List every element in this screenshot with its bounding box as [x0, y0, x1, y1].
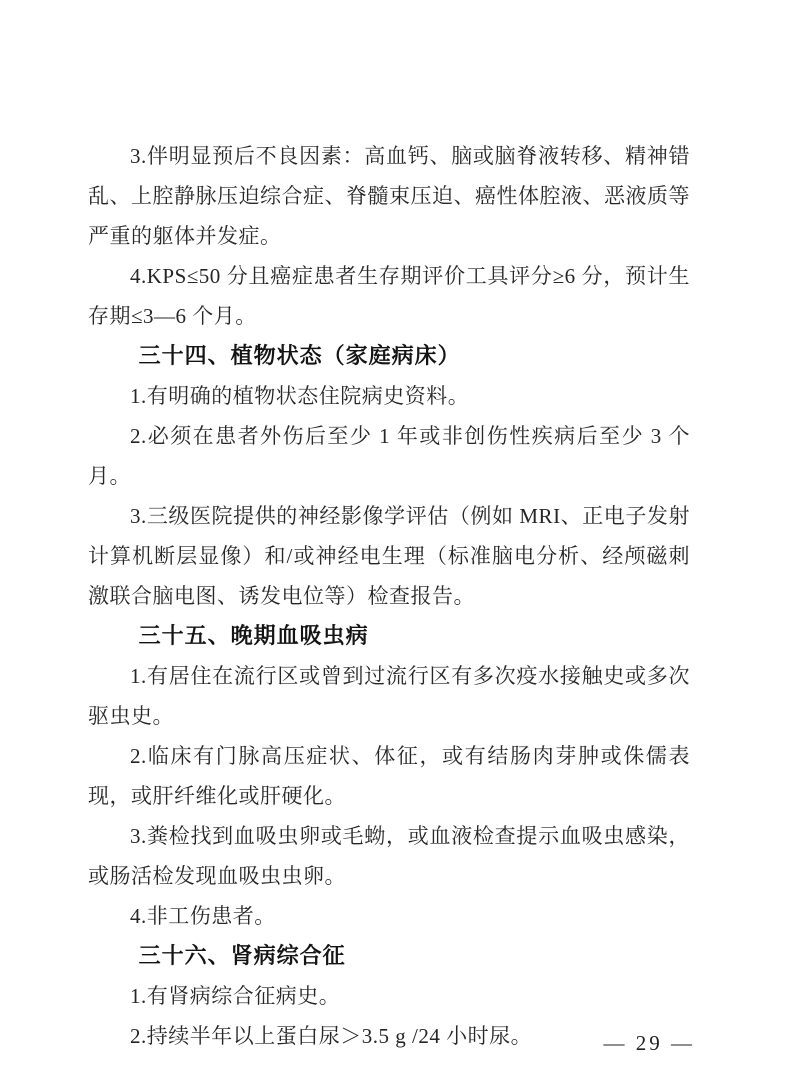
document-body: 3.伴明显预后不良因素：高血钙、脑或脑脊液转移、精神错乱、上腔静脉压迫综合症、脊… [88, 136, 690, 1056]
body-paragraph: 4.KPS≤50 分且癌症患者生存期评价工具评分≥6 分，预计生存期≤3—6 个… [88, 256, 690, 336]
document-page: 3.伴明显预后不良因素：高血钙、脑或脑脊液转移、精神错乱、上腔静脉压迫综合症、脊… [0, 0, 794, 1072]
section-heading-34: 三十四、植物状态（家庭病床） [88, 336, 690, 376]
body-paragraph: 1.有肾病综合征病史。 [88, 976, 690, 1016]
body-paragraph: 2.持续半年以上蛋白尿＞3.5 g /24 小时尿。 [88, 1016, 690, 1056]
section-heading-35: 三十五、晚期血吸虫病 [88, 616, 690, 656]
section-heading-36: 三十六、肾病综合征 [88, 936, 690, 976]
body-paragraph: 1.有明确的植物状态住院病史资料。 [88, 376, 690, 416]
body-paragraph: 2.临床有门脉高压症状、体征，或有结肠肉芽肿或侏儒表现，或肝纤维化或肝硬化。 [88, 736, 690, 816]
page-number: — 29 — [604, 1028, 696, 1058]
body-paragraph: 3.伴明显预后不良因素：高血钙、脑或脑脊液转移、精神错乱、上腔静脉压迫综合症、脊… [88, 136, 690, 256]
body-paragraph: 1.有居住在流行区或曾到过流行区有多次疫水接触史或多次驱虫史。 [88, 656, 690, 736]
body-paragraph: 3.粪检找到血吸虫卵或毛蚴，或血液检查提示血吸虫感染，或肠活检发现血吸虫虫卵。 [88, 816, 690, 896]
body-paragraph: 3.三级医院提供的神经影像学评估（例如 MRI、正电子发射计算机断层显像）和/或… [88, 496, 690, 616]
body-paragraph: 2.必须在患者外伤后至少 1 年或非创伤性疾病后至少 3 个月。 [88, 416, 690, 496]
body-paragraph: 4.非工伤患者。 [88, 896, 690, 936]
